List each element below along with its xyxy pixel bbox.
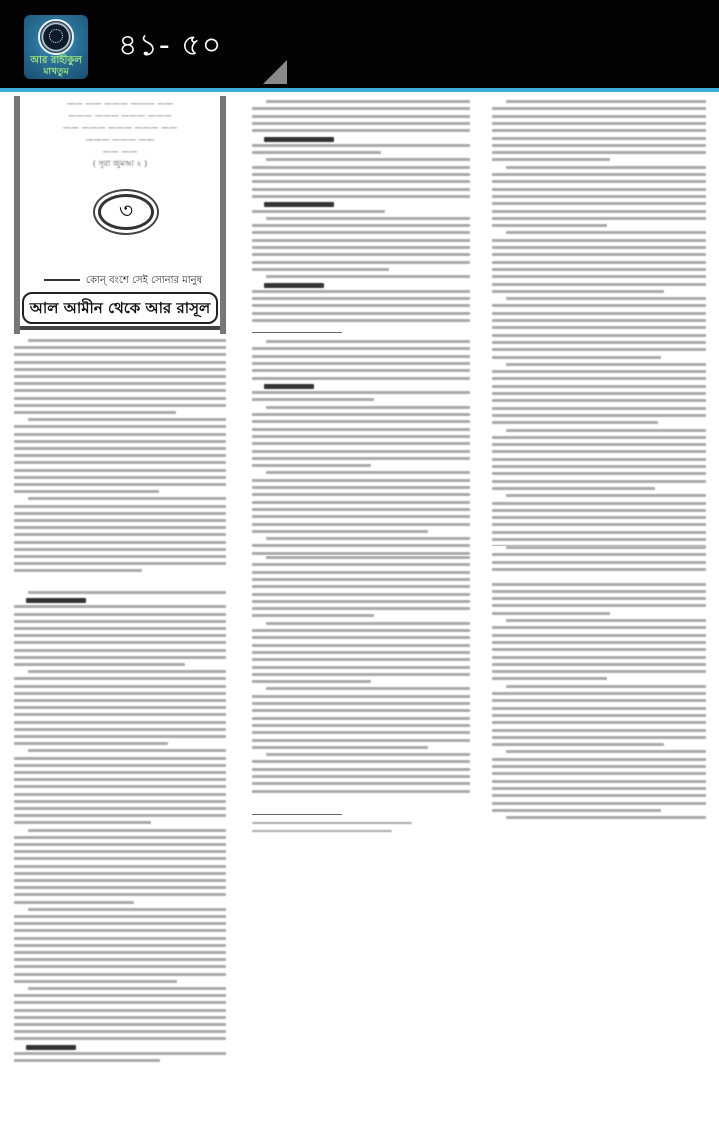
scanned-text-line <box>506 619 706 622</box>
scanned-text-line <box>28 749 226 752</box>
scanned-text-line <box>252 666 470 669</box>
cover-verse-line: ——— ——— ——— ——— <box>40 110 200 122</box>
scanned-text-line <box>28 418 226 421</box>
scanned-text-line <box>492 502 706 505</box>
scanned-text-line <box>14 728 226 731</box>
scanned-text-line <box>252 600 470 603</box>
scanned-text-line <box>14 814 226 817</box>
scanned-text-line <box>492 597 706 600</box>
cover-base-rule <box>20 326 220 330</box>
scanned-text-line <box>14 1052 226 1055</box>
scanned-text-line <box>14 778 226 781</box>
scanned-text-line <box>492 472 706 475</box>
scanned-text-line <box>252 658 470 661</box>
scanned-text-line <box>492 275 706 278</box>
scanned-text-line <box>14 447 226 450</box>
scanned-text-line <box>492 356 661 359</box>
scanned-text-line <box>14 656 226 659</box>
scanned-text-line <box>252 651 470 654</box>
scanned-text-line <box>14 649 226 652</box>
scanned-text-line <box>252 362 470 365</box>
scanned-text-line <box>506 750 706 753</box>
scanned-text-line <box>492 670 706 673</box>
scanned-text-line <box>492 794 706 797</box>
scanned-text-line <box>492 421 658 424</box>
scanned-text-line <box>252 644 470 647</box>
scanned-text-line <box>14 901 134 904</box>
scanned-text-line <box>252 695 470 698</box>
scanned-text-line <box>14 483 226 486</box>
scanned-text-line <box>252 782 470 785</box>
scanned-text-line <box>266 217 470 220</box>
scanned-text-line <box>14 476 226 479</box>
scanned-text-line <box>14 382 226 385</box>
scanned-text-line <box>14 562 226 565</box>
scanned-text-line <box>266 753 470 756</box>
scanned-text-line <box>14 368 226 371</box>
scanned-text-line <box>252 122 470 125</box>
scanned-text-line <box>252 724 470 727</box>
scanned-text-line <box>492 450 706 453</box>
scanned-text-line <box>492 743 664 746</box>
scanned-text-line <box>252 578 470 581</box>
scanned-text-line <box>492 173 706 176</box>
scanned-text-line <box>14 375 226 378</box>
scanned-text-line <box>492 115 706 118</box>
section-heading-line <box>264 202 334 207</box>
scanned-text-line <box>266 622 470 625</box>
cover-verse-line: ——— ——— —— <box>40 134 200 146</box>
scanned-text-line <box>14 699 226 702</box>
scanned-text-line <box>492 283 706 286</box>
scanned-text-line <box>506 494 706 497</box>
scanned-text-line <box>492 612 610 615</box>
scanned-text-line <box>252 523 470 526</box>
scanned-text-line <box>14 627 226 630</box>
scanned-text-line <box>252 775 470 778</box>
scanned-text-line <box>14 937 226 940</box>
scanned-text-line <box>14 677 226 680</box>
scanned-text-line <box>14 692 226 695</box>
scanned-text-line <box>252 188 470 191</box>
scanned-text-line <box>14 713 226 716</box>
scanned-text-line <box>14 879 226 882</box>
scanned-text-line <box>252 173 470 176</box>
scanned-text-line <box>492 246 706 249</box>
scanned-text-line <box>492 648 706 651</box>
scanned-text-line <box>14 1001 226 1004</box>
scanned-text-line <box>492 780 706 783</box>
scanned-text-line <box>506 231 706 234</box>
scanned-text-line <box>492 561 706 564</box>
scanned-text-line <box>252 413 470 416</box>
scanned-text-line <box>492 568 706 571</box>
scanned-text-line <box>14 958 226 961</box>
scanned-text-line <box>492 107 706 110</box>
scanned-text-line <box>14 951 226 954</box>
scanned-text-line <box>14 425 226 428</box>
scanned-text-line <box>492 656 706 659</box>
scanned-text-line <box>14 764 226 767</box>
scanned-text-line <box>252 312 470 315</box>
app-logo-icon[interactable]: আর রাহীকুল মাখতুম <box>24 15 88 79</box>
scanned-text-line <box>492 604 706 607</box>
scanned-text-line <box>252 398 374 401</box>
scanned-text-line <box>14 721 226 724</box>
scanned-text-line <box>492 523 706 526</box>
scanned-text-line <box>506 816 706 819</box>
scanned-text-line <box>14 706 226 709</box>
scanned-text-line <box>492 217 706 220</box>
scanned-text-line <box>492 641 706 644</box>
scanned-text-line <box>14 469 226 472</box>
scanned-text-line <box>252 501 470 504</box>
scanned-text-line <box>492 714 706 717</box>
scanned-page-44 <box>0 96 1 97</box>
scanned-text-line <box>492 377 706 380</box>
scanned-text-line <box>506 363 706 366</box>
scanned-text-line <box>14 893 226 896</box>
chapter-number-badge: ৩ <box>98 194 154 230</box>
scanned-text-line <box>14 663 185 666</box>
scanned-text-line <box>492 772 706 775</box>
scanned-text-line <box>14 346 226 349</box>
scanned-text-line <box>492 590 706 593</box>
scanned-text-line <box>492 137 706 140</box>
scanned-text-line <box>14 757 226 760</box>
scanned-text-line <box>28 987 226 990</box>
scanned-text-line <box>14 519 226 522</box>
cover-banner-title: আল আমীন থেকে আর রাসূল <box>22 292 218 324</box>
scanned-text-line <box>492 407 706 410</box>
scanned-text-line <box>252 268 389 271</box>
scanned-text-line <box>14 404 226 407</box>
scanned-text-line <box>252 717 470 720</box>
scanned-page-42 <box>240 96 480 556</box>
scanned-text-line <box>252 552 470 555</box>
scanned-text-line <box>252 391 470 394</box>
app-bar-accent-divider <box>0 88 719 92</box>
scanned-text-line <box>14 944 226 947</box>
scanned-text-line <box>492 158 610 161</box>
scanned-text-line <box>252 319 470 322</box>
scanned-text-line <box>14 634 226 637</box>
scanned-text-line <box>492 385 706 388</box>
scanned-text-line <box>14 1016 226 1019</box>
scanned-text-line <box>14 613 226 616</box>
scanned-text-line <box>14 533 226 536</box>
section-heading-line <box>264 137 334 142</box>
scanned-text-line <box>252 585 470 588</box>
scanned-text-line <box>252 166 470 169</box>
scanned-text-line <box>252 304 470 307</box>
page-divider <box>252 332 342 333</box>
scanned-text-line <box>14 555 226 558</box>
scanned-text-line <box>28 497 226 500</box>
scanned-text-line <box>492 626 706 629</box>
scanned-text-line <box>252 768 470 771</box>
scanned-text-line <box>14 836 226 839</box>
scanned-text-line <box>492 480 706 483</box>
scanned-text-line <box>14 735 226 738</box>
scanned-text-line <box>492 692 706 695</box>
scanned-text-line <box>252 680 371 683</box>
scanned-text-line <box>252 790 470 793</box>
scanned-text-line <box>252 746 428 749</box>
scanned-pages-view[interactable]: —— —— ——— ——— —— ——— ——— ——— ——— —— ——— … <box>0 96 719 1129</box>
scanned-text-line <box>252 479 470 482</box>
scanned-text-line <box>492 802 706 805</box>
scanned-text-line <box>14 685 226 688</box>
scanned-text-line <box>14 821 151 824</box>
scanned-text-line <box>492 663 706 666</box>
scanned-text-line <box>492 699 706 702</box>
scanned-text-line <box>252 486 470 489</box>
scanned-text-line <box>252 210 385 213</box>
scanned-text-line <box>492 239 706 242</box>
scanned-text-line <box>252 760 470 763</box>
scanned-text-line <box>252 224 470 227</box>
scanned-text-line <box>252 607 470 610</box>
chapter-cover: —— —— ——— ——— —— ——— ——— ——— ——— —— ——— … <box>14 96 226 334</box>
scanned-text-line <box>492 414 706 417</box>
scanned-text-line <box>14 1037 226 1040</box>
scanned-text-line <box>14 361 226 364</box>
scanned-text-line <box>492 180 706 183</box>
scanned-text-line <box>28 670 226 673</box>
scanned-text-line <box>14 785 226 788</box>
scanned-text-line <box>252 544 470 547</box>
scanned-text-line <box>492 151 706 154</box>
scanned-text-line <box>14 411 176 414</box>
scanned-text-line <box>14 800 226 803</box>
scanned-text-line <box>14 929 226 932</box>
scanned-text-line <box>492 210 706 213</box>
scanned-text-line <box>14 397 226 400</box>
scanned-text-line <box>28 591 226 594</box>
scanned-text-line <box>266 158 470 161</box>
section-heading-line <box>26 1045 76 1050</box>
scanned-text-line <box>492 677 607 680</box>
scanned-text-line <box>506 297 706 300</box>
scanned-text-line <box>14 872 226 875</box>
scanned-text-line <box>492 188 706 191</box>
scanned-text-line <box>252 702 470 705</box>
scanned-text-line <box>492 458 706 461</box>
scanned-text-line <box>14 1009 226 1012</box>
scanned-text-line <box>492 144 706 147</box>
scanned-text-line <box>492 634 706 637</box>
scanned-text-line <box>14 490 159 493</box>
scanned-text-line <box>252 636 470 639</box>
scanned-text-line <box>252 195 470 198</box>
scanned-text-line <box>252 457 470 460</box>
scanned-text-line <box>252 442 470 445</box>
scanned-text-line <box>506 546 706 549</box>
scanned-text-line <box>252 261 470 264</box>
scanned-text-line <box>14 505 226 508</box>
scanned-text-line <box>492 765 706 768</box>
scanned-text-line <box>252 464 371 467</box>
scanned-text-line <box>252 377 470 380</box>
scanned-text-line <box>252 493 470 496</box>
scanned-text-line <box>252 347 470 350</box>
scanned-text-line <box>492 304 706 307</box>
scanned-text-line <box>14 915 226 918</box>
scanned-text-line <box>252 508 470 511</box>
scanned-text-line <box>492 516 706 519</box>
scanned-text-line <box>492 721 706 724</box>
scanned-text-line <box>28 829 226 832</box>
scanned-text-line <box>252 107 470 110</box>
scanned-text-line <box>492 341 706 344</box>
scanned-text-line <box>14 771 226 774</box>
scanned-text-line <box>492 129 706 132</box>
scanned-text-line <box>492 253 706 256</box>
scanned-text-line <box>252 253 470 256</box>
scanned-text-line <box>492 319 706 322</box>
scanned-page-43 <box>480 96 719 546</box>
scanned-text-line <box>266 687 470 690</box>
scanned-text-line <box>252 129 470 132</box>
scanned-text-line <box>506 166 706 169</box>
scanned-text-line <box>252 369 470 372</box>
scanned-text-line <box>492 312 706 315</box>
scanned-text-line <box>252 231 470 234</box>
scanned-text-line <box>506 429 706 432</box>
scanned-text-line <box>14 440 226 443</box>
scanned-text-line <box>14 454 226 457</box>
scanned-text-line <box>492 729 706 732</box>
scanned-text-line <box>266 406 470 409</box>
scanned-text-line <box>266 471 470 474</box>
scanned-text-line <box>252 515 470 518</box>
scanned-text-line <box>492 465 706 468</box>
scanned-text-line <box>14 922 226 925</box>
scanned-text-line <box>252 709 470 712</box>
scanned-text-line <box>14 605 226 608</box>
scanned-text-line <box>14 886 226 889</box>
scanned-text-line <box>252 246 470 249</box>
app-icon-label-line2: মাখতুম <box>24 66 88 78</box>
cover-verse-line: —— —— ——— ——— —— <box>40 98 200 110</box>
scanned-text-line <box>14 569 142 572</box>
scanned-page-45 <box>240 556 480 856</box>
scanned-text-line <box>252 151 381 154</box>
calligraphy-seal-icon <box>38 19 74 55</box>
scanned-text-line <box>506 685 706 688</box>
scanned-text-line <box>14 433 226 436</box>
scanned-text-line <box>492 583 706 586</box>
scanned-text-line <box>492 268 706 271</box>
scanned-text-line <box>252 290 470 293</box>
scanned-text-line <box>492 399 706 402</box>
footnote-2 <box>252 830 392 832</box>
scanned-text-line <box>14 548 226 551</box>
scanned-text-line <box>14 641 226 644</box>
scanned-text-line <box>14 620 226 623</box>
scanned-text-line <box>492 290 664 293</box>
scanned-text-line <box>14 994 226 997</box>
scanned-text-line <box>14 526 226 529</box>
scanned-text-line <box>14 353 226 356</box>
section-heading-line <box>264 384 314 389</box>
scanned-text-line <box>492 392 706 395</box>
spinner-dropdown-indicator-icon[interactable] <box>263 60 287 84</box>
scanned-text-line <box>492 758 706 761</box>
scanned-text-line <box>492 261 706 264</box>
cover-verse-line: —— ——— ——— ——— —— <box>40 122 200 134</box>
scanned-text-line <box>28 908 226 911</box>
scanned-text-line <box>252 115 470 118</box>
scanned-text-line <box>14 742 168 745</box>
scanned-text-line <box>492 436 706 439</box>
scanned-text-line <box>492 443 706 446</box>
scanned-text-line <box>266 100 470 103</box>
section-heading-line <box>26 598 86 603</box>
scanned-text-line <box>14 1030 226 1033</box>
scanned-text-line <box>14 512 226 515</box>
scanned-text-line <box>14 1023 226 1026</box>
scanned-text-line <box>252 420 470 423</box>
scanned-text-line <box>492 809 661 812</box>
cover-verse-line: —— —— <box>40 146 200 158</box>
scanned-text-line <box>506 100 706 103</box>
scanned-text-line <box>492 202 706 205</box>
scanned-text-line <box>252 428 470 431</box>
scanned-text-line <box>252 180 470 183</box>
scanned-text-line <box>252 355 470 358</box>
scanned-page-41: —— —— ——— ——— —— ——— ——— ——— ——— —— ——— … <box>0 96 240 1096</box>
scanned-text-line <box>14 843 226 846</box>
scanned-text-line <box>492 553 706 556</box>
footnote-divider <box>252 814 342 815</box>
scanned-text-line <box>492 334 706 337</box>
scanned-text-line <box>492 326 706 329</box>
scanned-text-line <box>14 865 226 868</box>
scanned-text-line <box>14 389 226 392</box>
scanned-page-46 <box>480 546 719 826</box>
scanned-text-line <box>252 731 470 734</box>
scanned-text-line <box>266 537 470 540</box>
scanned-text-line <box>492 487 655 490</box>
scanned-text-line <box>492 531 706 534</box>
scanned-text-line <box>266 275 470 278</box>
scanned-text-line <box>252 239 470 242</box>
page-range-title: ৪১- ৫০ <box>118 28 222 64</box>
scanned-text-line <box>492 509 706 512</box>
scanned-text-line <box>14 980 177 983</box>
scanned-text-line <box>14 793 226 796</box>
scanned-text-line <box>266 556 470 559</box>
footnote-1 <box>252 822 412 824</box>
scanned-text-line <box>14 807 226 810</box>
scanned-text-line <box>14 857 226 860</box>
scanned-text-line <box>252 563 470 566</box>
scanned-text-line <box>492 538 706 541</box>
cover-verse-reference: ( সূরা জুমআ ২ ) <box>40 158 200 170</box>
scanned-text-line <box>492 787 706 790</box>
scanned-text-line <box>28 339 226 342</box>
scanned-text-line <box>492 370 706 373</box>
scanned-text-line <box>252 629 470 632</box>
scanned-text-line <box>492 348 706 351</box>
scanned-text-line <box>14 1059 160 1062</box>
scanned-text-line <box>252 673 470 676</box>
scanned-text-line <box>14 965 226 968</box>
scanned-text-line <box>252 530 428 533</box>
scanned-text-line <box>14 973 226 976</box>
